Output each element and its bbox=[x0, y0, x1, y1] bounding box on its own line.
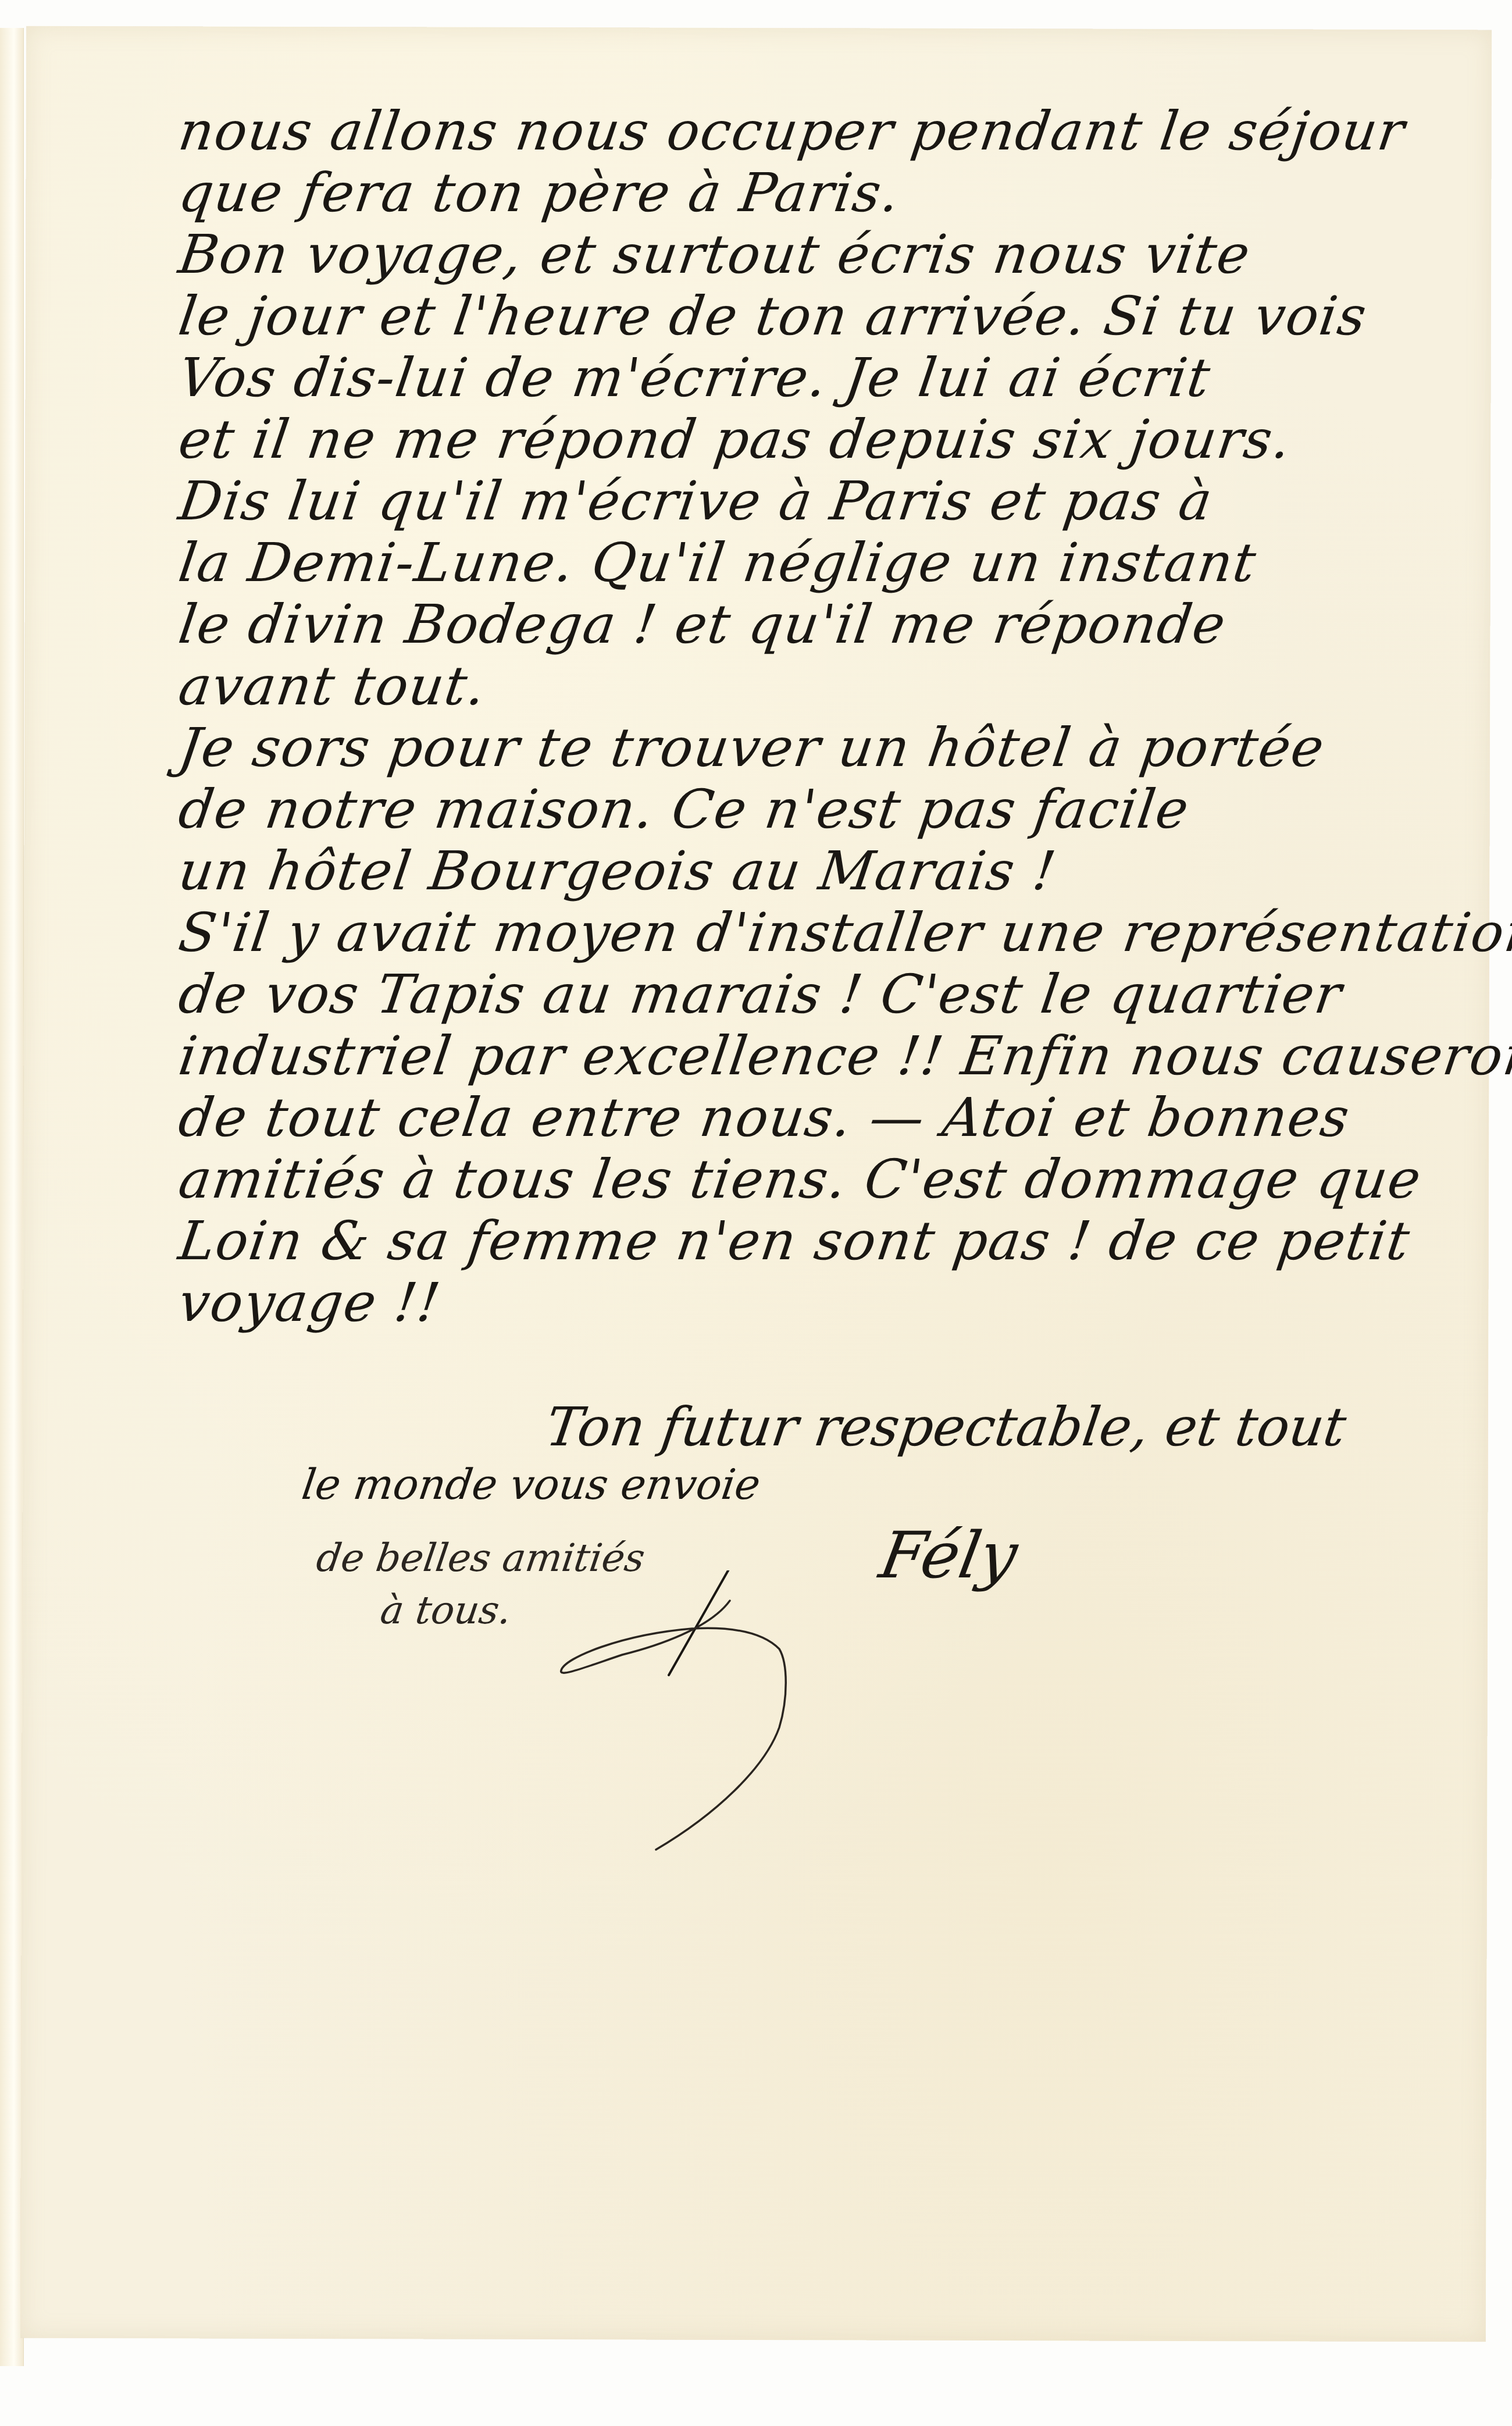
letter-line: un hôtel Bourgeois au Marais ! bbox=[174, 845, 1463, 906]
letter-line: Je sors pour te trouver un hôtel à porté… bbox=[174, 721, 1463, 783]
letter-line: voyage !! bbox=[174, 1276, 1463, 1338]
letter-line: le divin Bodega ! et qu'il me réponde bbox=[174, 598, 1463, 660]
letter-line: de vos Tapis au marais ! C'est le quarti… bbox=[174, 968, 1463, 1029]
letter-line: et il ne me répond pas depuis six jours. bbox=[174, 413, 1463, 475]
letter-body: nous allons nous occuper pendant le séjo… bbox=[174, 105, 1454, 1338]
letter-line: Vos dis-lui de m'écrire. Je lui ai écrit bbox=[174, 351, 1463, 413]
letter-line: que fera ton père à Paris. bbox=[174, 166, 1463, 228]
letter-line: amitiés à tous les tiens. C'est dommage … bbox=[174, 1153, 1463, 1214]
letter-line: S'il y avait moyen d'installer une repré… bbox=[174, 906, 1463, 968]
letter-line: de tout cela entre nous. — Atoi et bonne… bbox=[174, 1091, 1463, 1153]
letter-line: avant tout. bbox=[174, 660, 1463, 721]
letter-line: le jour et l'heure de ton arrivée. Si tu… bbox=[174, 290, 1463, 351]
letter-line: de notre maison. Ce n'est pas facile bbox=[174, 783, 1463, 845]
letter-line: nous allons nous occuper pendant le séjo… bbox=[174, 105, 1463, 166]
paper-fold-edge bbox=[0, 28, 24, 2366]
letter-line: Loin & sa femme n'en sont pas ! de ce pe… bbox=[174, 1214, 1463, 1276]
letter-line: la Demi-Lune. Qu'il néglige un instant bbox=[174, 536, 1463, 598]
letter-line: Dis lui qu'il m'écrive à Paris et pas à bbox=[174, 475, 1463, 536]
letter-line: industriel par excellence !! Enfin nous … bbox=[174, 1029, 1463, 1091]
letter-line: Bon voyage, et surtout écris nous vite bbox=[174, 228, 1463, 290]
